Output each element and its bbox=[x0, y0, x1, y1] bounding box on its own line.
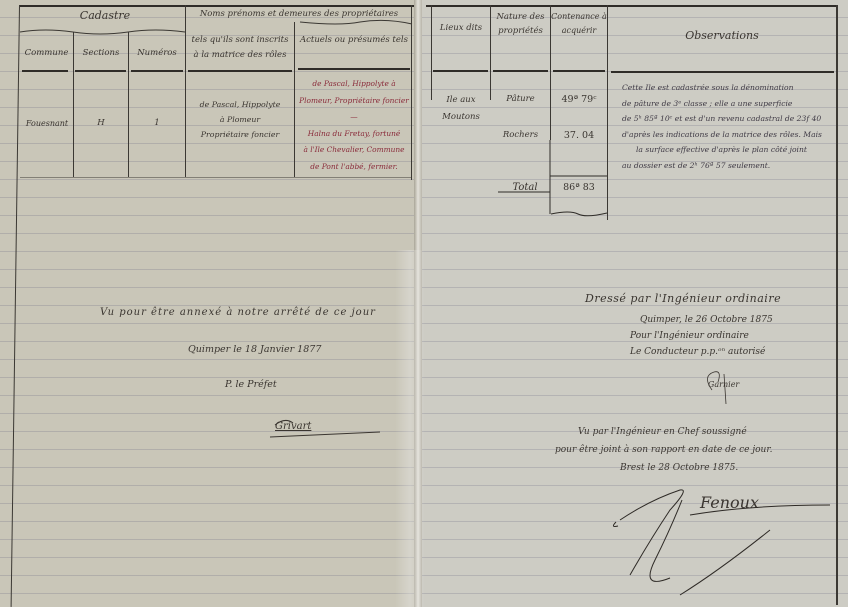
chief-line-3: Brest le 28 Octobre 1875. bbox=[620, 461, 738, 475]
actuels-line-4: Halna du Fretay, fortuné bbox=[297, 126, 411, 143]
header-commune: Commune bbox=[20, 47, 73, 59]
annotation-line-2: Quimper le 18 Janvier 1877 bbox=[188, 343, 321, 357]
header-proprietaires: Noms prénoms et demeures des propriétair… bbox=[186, 8, 412, 20]
cell-actuels: de Pascal, Hippolyte à Plomeur, Propriét… bbox=[297, 76, 411, 175]
conductor-signature-flourish bbox=[700, 368, 740, 408]
cell-nature-1: Pâture bbox=[491, 92, 550, 107]
actuels-line-2: Plomeur, Propriétaire foncier bbox=[297, 93, 411, 110]
cert-line-1: Dressé par l'Ingénieur ordinaire bbox=[585, 292, 781, 306]
cell-commune: Fouesnant bbox=[22, 116, 72, 131]
obs-line-4: d'après les indications de la matrice de… bbox=[622, 127, 837, 143]
prefect-signature-flourish bbox=[255, 415, 395, 445]
chief-line-2: pour être joint à son rapport en date de… bbox=[555, 443, 773, 457]
total-value: 86ª 83 bbox=[551, 180, 607, 195]
chief-line-1: Vu par l'Ingénieur en Chef soussigné bbox=[578, 425, 747, 439]
header-cadastre: Cadastre bbox=[40, 10, 170, 22]
total-label: Total bbox=[505, 180, 545, 195]
light-glare bbox=[395, 250, 425, 607]
header-sections: Sections bbox=[74, 47, 128, 59]
inscrit-line-1: de Pascal, Hippolyte bbox=[188, 97, 292, 112]
header-contenance: Contenance à acquérir bbox=[551, 10, 607, 38]
obs-line-1: Cette Ile est cadastrée sous la dénomina… bbox=[622, 80, 837, 96]
cert-line-4: Le Conducteur p.p.ᵒⁿ autorisé bbox=[630, 345, 765, 359]
obs-line-5: la surface effective d'après le plan côt… bbox=[622, 142, 837, 158]
cert-line-2: Quimper, le 26 Octobre 1875 bbox=[640, 313, 773, 327]
obs-line-6: au dossier est de 2ʰ 76ª 57 seulement. bbox=[622, 158, 837, 174]
header-numeros: Numéros bbox=[129, 47, 185, 59]
inscrit-line-3: Propriétaire foncier bbox=[188, 127, 292, 142]
header-observations: Observations bbox=[608, 30, 836, 42]
obs-line-3: de 5ʰ 85ª 10ᶜ et est d'un revenu cadastr… bbox=[622, 111, 837, 127]
annotation-line-1: Vu pour être annexé à notre arrêté de ce… bbox=[100, 306, 376, 320]
header-nature: Nature des propriétés bbox=[491, 10, 550, 38]
cell-contenance-1: 49ª 79ᶜ bbox=[551, 92, 607, 107]
cert-line-3: Pour l'Ingénieur ordinaire bbox=[630, 329, 749, 343]
obs-line-2: de pâture de 3ᵉ classe ; elle a une supe… bbox=[622, 96, 837, 112]
row-bottom-line bbox=[20, 177, 412, 178]
actuels-line-5: à l'Ile Chevalier, Commune bbox=[297, 142, 411, 159]
cell-numero: 1 bbox=[129, 116, 185, 131]
observations-text: Cette Ile est cadastrée sous la dénomina… bbox=[622, 80, 837, 173]
cell-lieu-dit: Ile aux Moutons bbox=[432, 92, 490, 126]
cell-section: H bbox=[74, 116, 128, 131]
header-lieux-dits: Lieux dits bbox=[432, 22, 490, 35]
header-inscrits: tels qu'ils sont inscrits à la matrice d… bbox=[188, 33, 292, 63]
annotation-line-3: P. le Préfet bbox=[225, 378, 277, 392]
header-actuels: Actuels ou présumés tels bbox=[300, 33, 408, 48]
actuels-line-6: de Pont l'abbé, fermier. bbox=[297, 159, 411, 176]
cell-nature-2: Rochers bbox=[491, 128, 550, 143]
actuels-line-1: de Pascal, Hippolyte à bbox=[297, 76, 411, 93]
inscrit-line-2: à Plomeur bbox=[188, 112, 292, 127]
chief-signature-flourish bbox=[610, 480, 840, 600]
actuels-separator: — bbox=[297, 109, 411, 126]
cell-contenance-2: 37. 04 bbox=[551, 128, 607, 143]
cell-inscrit: de Pascal, Hippolyte à Plomeur Propriéta… bbox=[188, 97, 292, 142]
